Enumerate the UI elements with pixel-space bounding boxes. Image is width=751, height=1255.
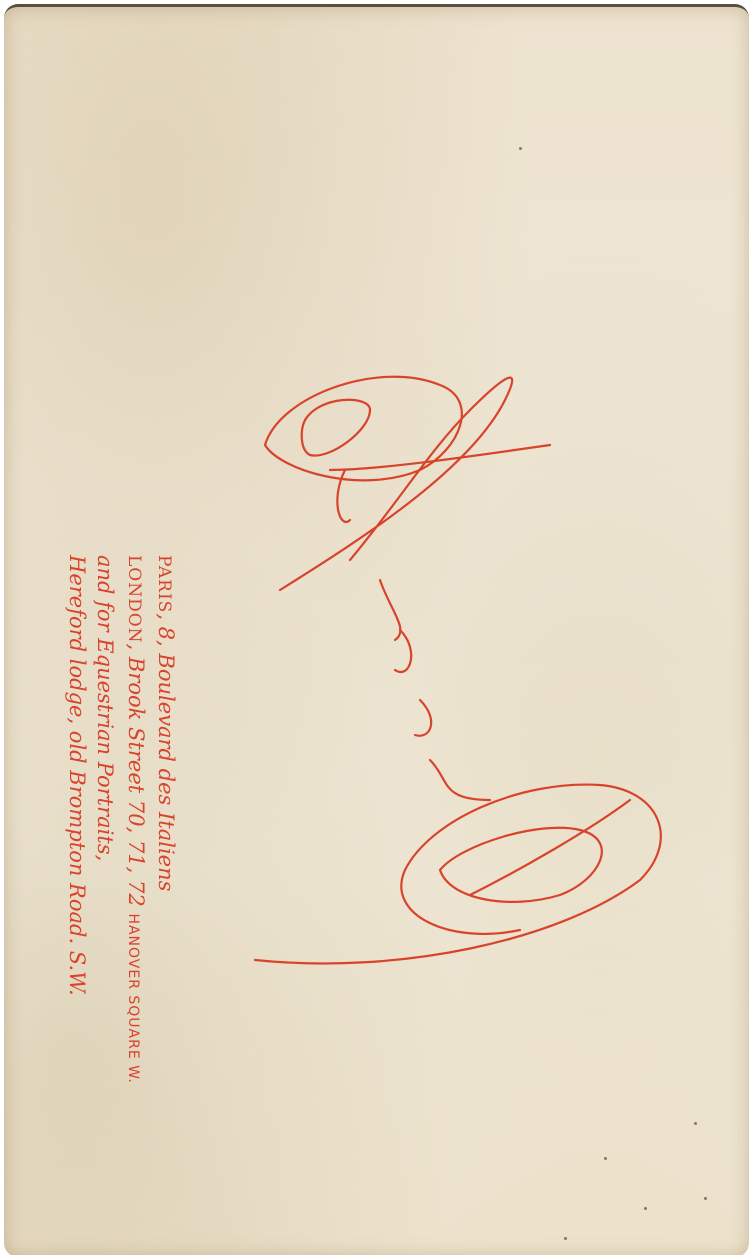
studio-imprint: PARIS, 8, Boulevard des Italiens LONDON,… <box>63 555 180 1195</box>
imprint-line-equestrian: and for Equestrian Portraits, <box>91 555 119 1195</box>
imprint-line-paris: PARIS, 8, Boulevard des Italiens <box>150 555 180 1195</box>
imprint-line-london: LONDON, Brook Street 70, 71, 72 HANOVER … <box>119 555 150 1195</box>
imprint-line-hereford: Hereford lodge, old Brompton Road. S.W. <box>63 555 91 1195</box>
